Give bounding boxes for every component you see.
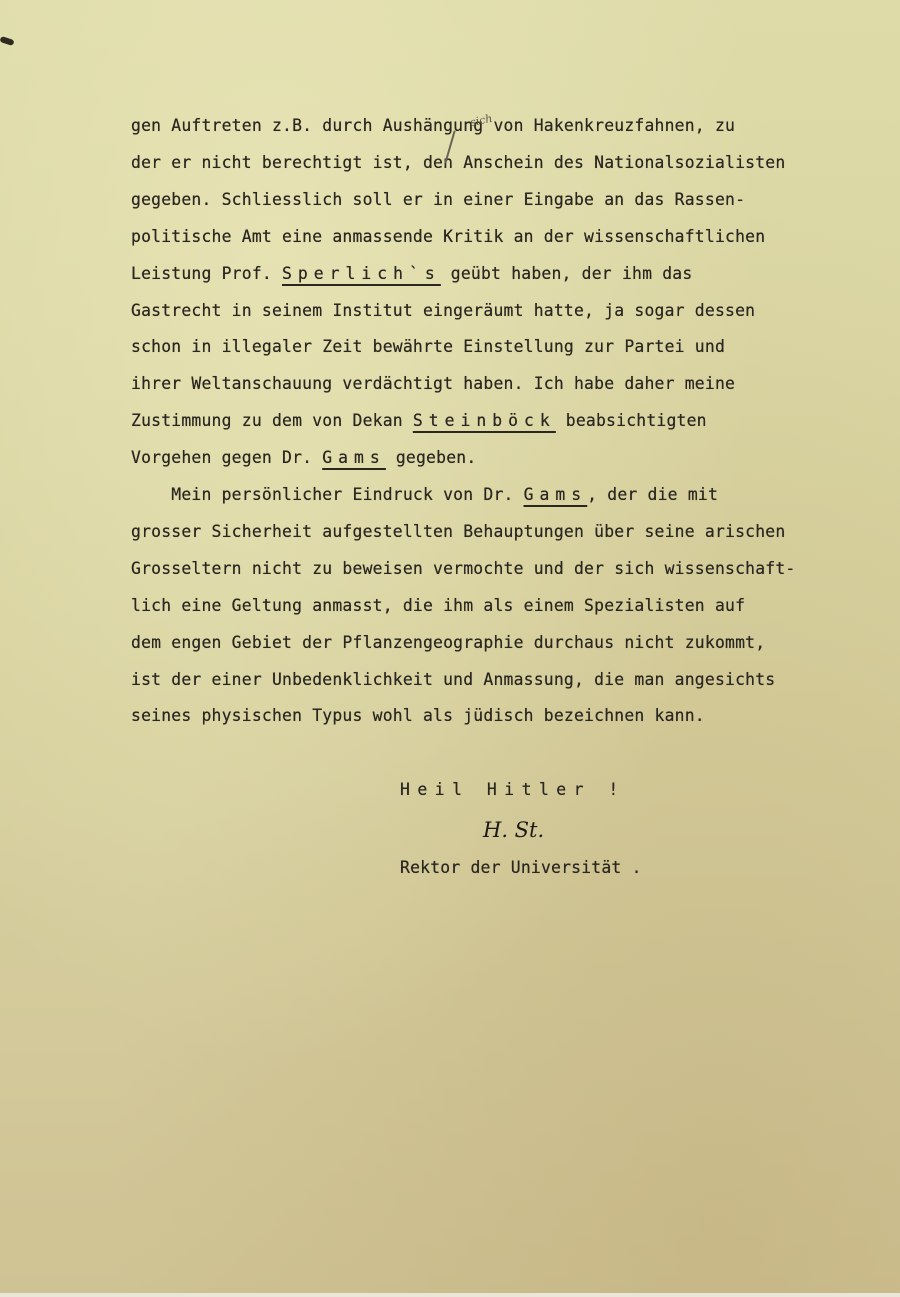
text-line: Gastrecht in seinem Institut eingeräumt … xyxy=(131,301,755,320)
underlined-name: Gams xyxy=(524,485,587,504)
text-line: seines physischen Typus wohl als jüdisch… xyxy=(131,706,705,725)
text-line: der er nicht berechtigt ist, den Anschei… xyxy=(131,153,785,172)
document-page: gen Auftreten z.B. durch Aushängung von … xyxy=(0,0,900,1297)
underlined-name: Gams xyxy=(322,448,385,467)
text-line: Zustimmung zu dem von Dekan Steinböck be… xyxy=(131,411,707,430)
text-line: gegeben. Schliesslich soll er in einer E… xyxy=(131,190,745,209)
text-line: Mein persönlicher Eindruck von Dr. Gams,… xyxy=(131,485,718,504)
staple-mark xyxy=(0,36,15,46)
text-line: Grosseltern nicht zu beweisen vermochte … xyxy=(131,559,796,578)
text-line: lich eine Geltung anmasst, die ihm als e… xyxy=(131,596,745,615)
text-line: ihrer Weltanschauung verdächtigt haben. … xyxy=(131,374,735,393)
paper-edge xyxy=(0,1293,900,1297)
text-line: ist der einer Unbedenklichkeit und Anmas… xyxy=(131,670,775,689)
text-line: Vorgehen gegen Dr. Gams gegeben. xyxy=(131,448,476,467)
underlined-name: Sperlich`s xyxy=(282,264,441,283)
signature: H. St. xyxy=(483,818,544,842)
text-line: gen Auftreten z.B. durch Aushängung von … xyxy=(131,116,735,135)
closing-salutation: Heil Hitler ! xyxy=(400,780,626,799)
text-line: schon in illegaler Zeit bewährte Einstel… xyxy=(131,337,725,356)
text-line: Leistung Prof. Sperlich`s geübt haben, d… xyxy=(131,264,692,283)
signatory-title: Rektor der Universität . xyxy=(400,858,642,877)
text-line: dem engen Gebiet der Pflanzengeographie … xyxy=(131,633,765,652)
underlined-name: Steinböck xyxy=(413,411,556,430)
text-line: grosser Sicherheit aufgestellten Behaupt… xyxy=(131,522,785,541)
text-line: politische Amt eine anmassende Kritik an… xyxy=(131,227,765,246)
